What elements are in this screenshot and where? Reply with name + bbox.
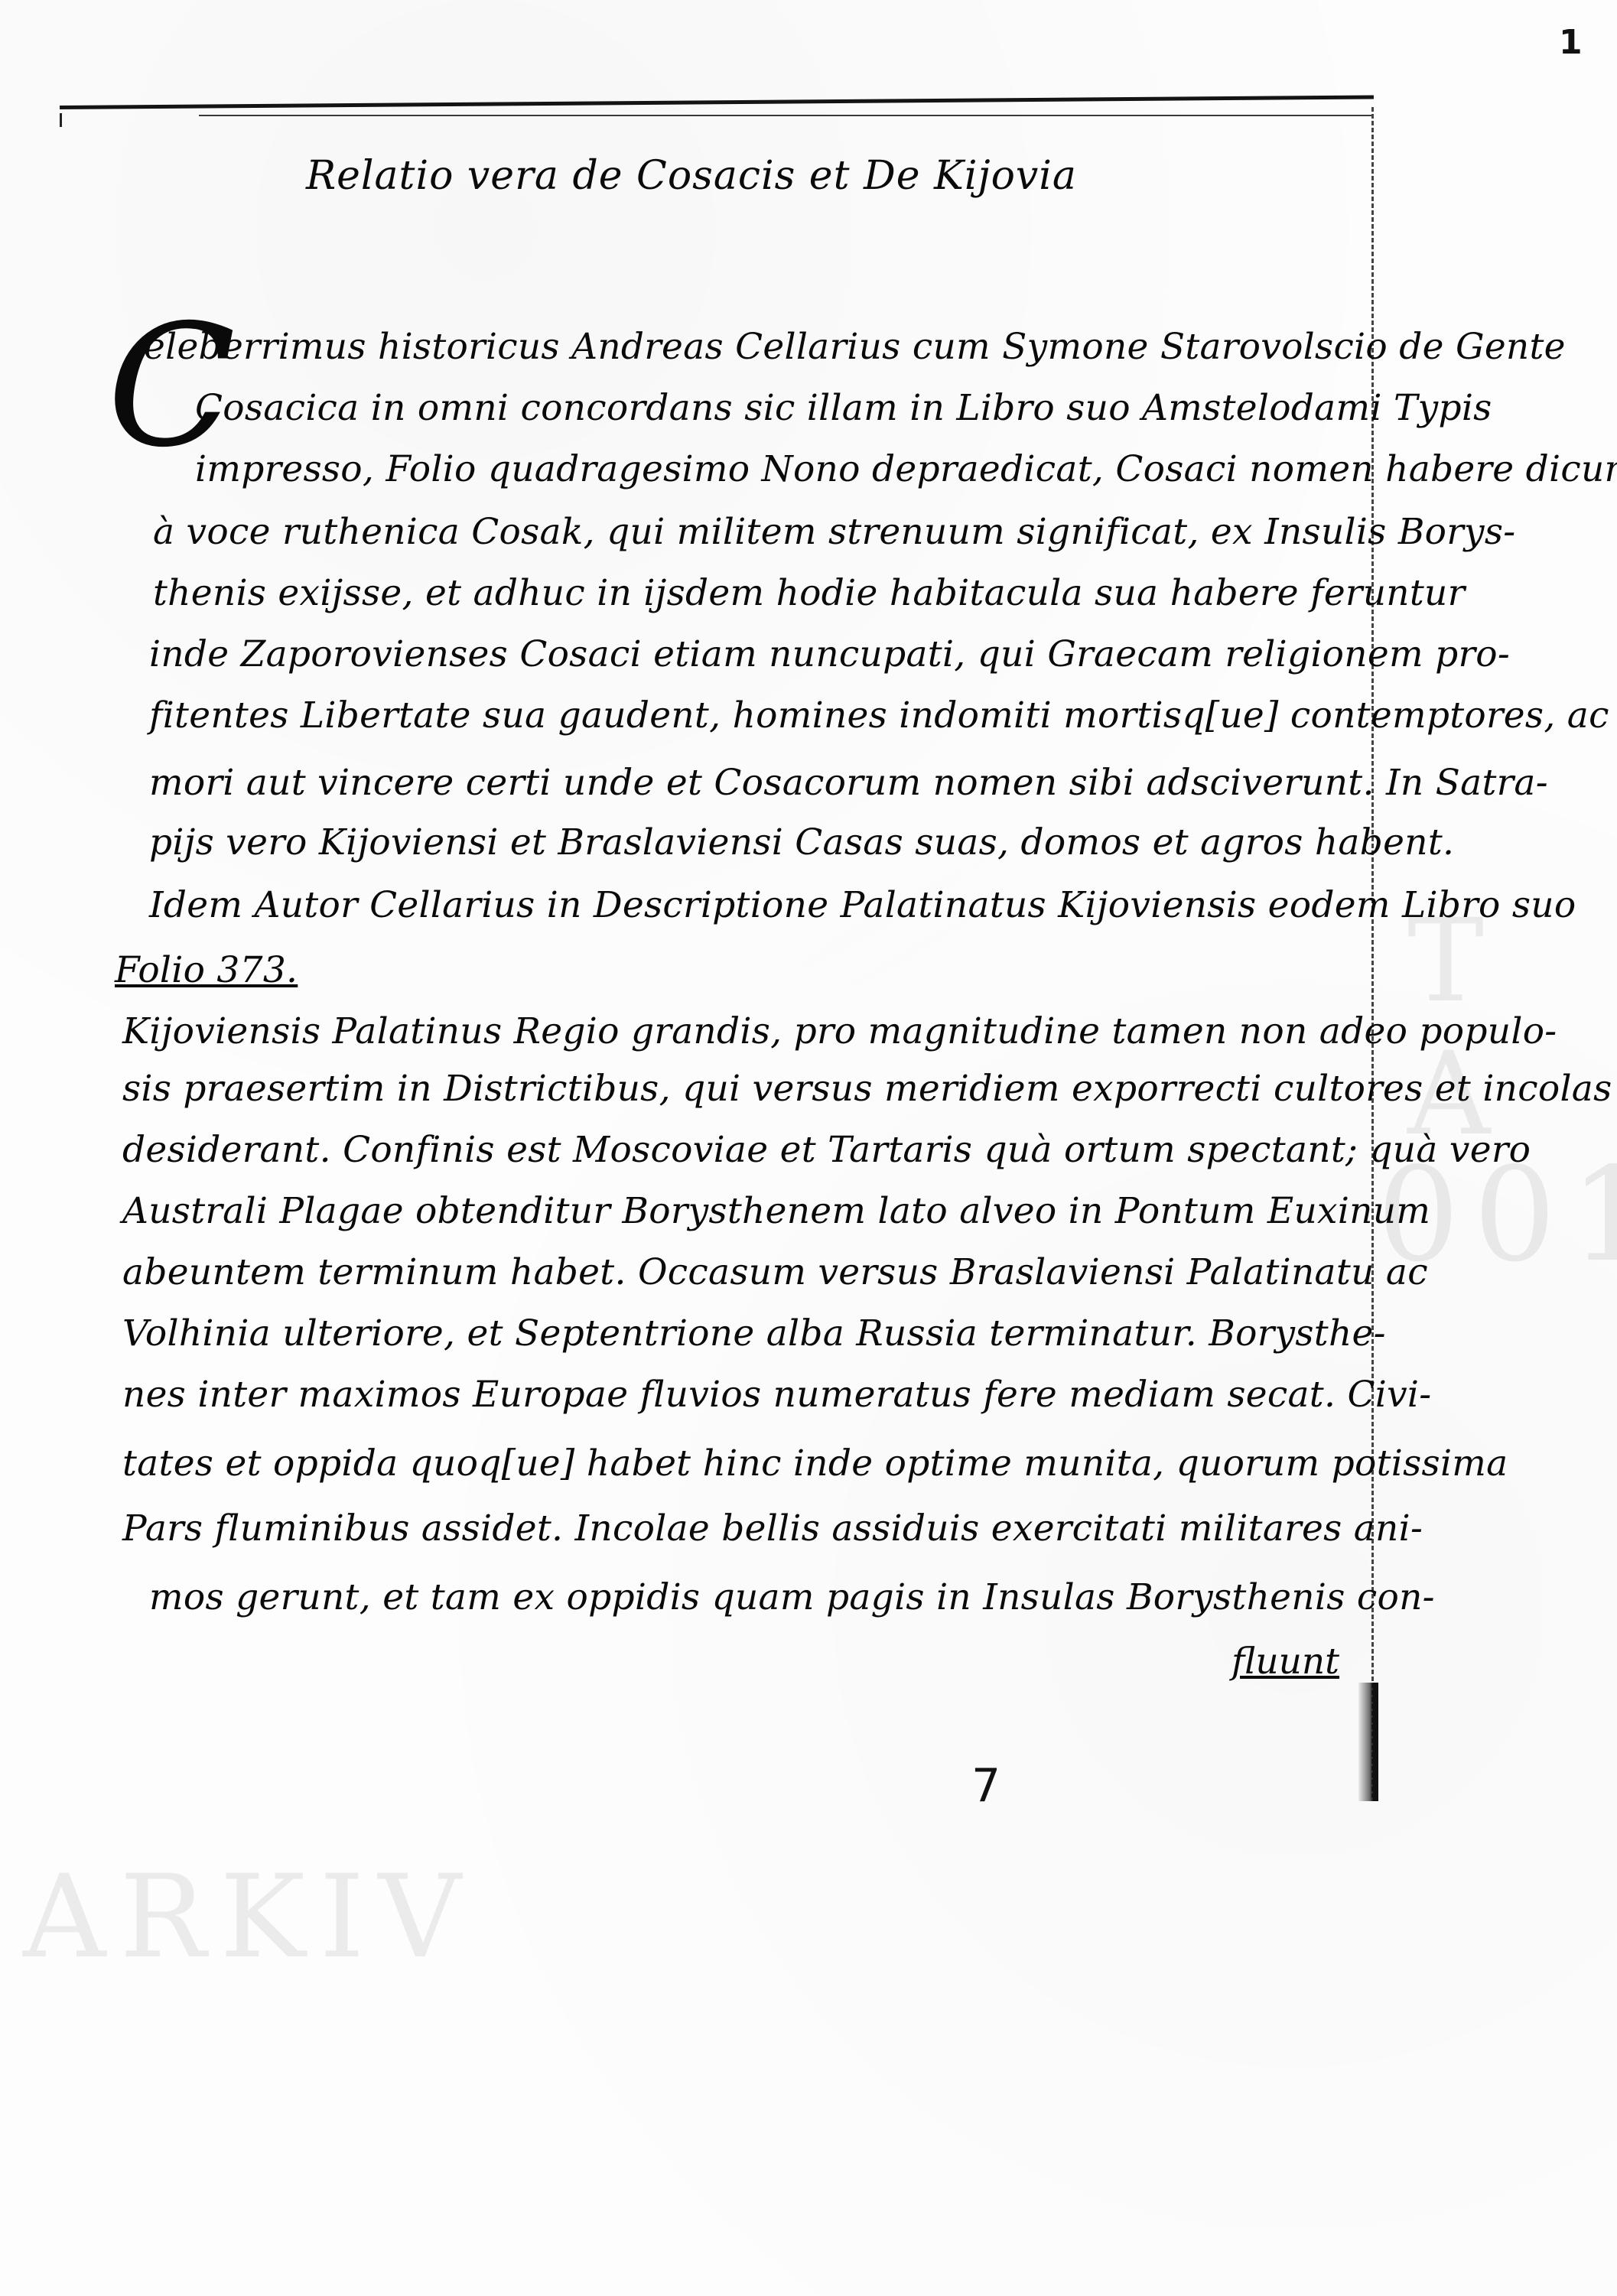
text-line: mos gerunt, et tam ex oppidis quam pagis… [149,1579,1435,1615]
catchword: fluunt [1231,1641,1339,1683]
sheet-edge-shadow [1358,1683,1378,1801]
text-line: nes inter maximos Europae fluvios numera… [122,1377,1431,1413]
text-line: Kijoviensis Palatinus Regio grandis, pro… [122,1013,1557,1049]
sheet-top-edge-shadow [199,115,1374,116]
text-line: impresso, Folio quadragesimo Nono deprae… [195,451,1617,487]
text-line: abeuntem terminum habet. Occasum versus … [122,1254,1428,1290]
text-line: sis praesertim in Districtibus, qui vers… [122,1071,1612,1107]
archive-mark: 7 [971,1759,1000,1813]
text-line: eleberrimus historicus Andreas Cellarius… [144,329,1566,365]
text-line: Cosacica in omni concordans sic illam in… [195,390,1492,426]
text-line: inde Zaporovienses Cosaci etiam nuncupat… [149,636,1510,672]
page-number: 1 [1559,23,1583,62]
sheet-corner-mark [60,113,62,127]
text-line: fitentes Libertate sua gaudent, homines … [149,698,1609,733]
folio-reference: Folio 373. [115,952,298,988]
manuscript-title: Relatio vera de Cosacis et De Kijovia [306,153,1077,199]
text-line: Idem Autor Cellarius in Descriptione Pal… [149,887,1576,923]
text-line: desiderant. Confinis est Moscoviae et Ta… [122,1132,1531,1168]
text-line: Volhinia ulteriore, et Septentrione alba… [122,1315,1386,1351]
text-line: thenis exijsse, et adhuc in ijsdem hodie… [153,575,1465,611]
text-line: mori aut vincere certi unde et Cosacorum… [149,765,1548,801]
text-line: pijs vero Kijoviensi et Braslaviensi Cas… [149,824,1454,860]
text-line: Pars fluminibus assidet. Incolae bellis … [122,1511,1423,1546]
text-line: à voce ruthenica Cosak, qui militem stre… [153,514,1516,550]
text-line: Australi Plagae obtenditur Borysthenem l… [122,1193,1430,1229]
text-line: tates et oppida quoq[ue] habet hinc inde… [122,1446,1508,1481]
